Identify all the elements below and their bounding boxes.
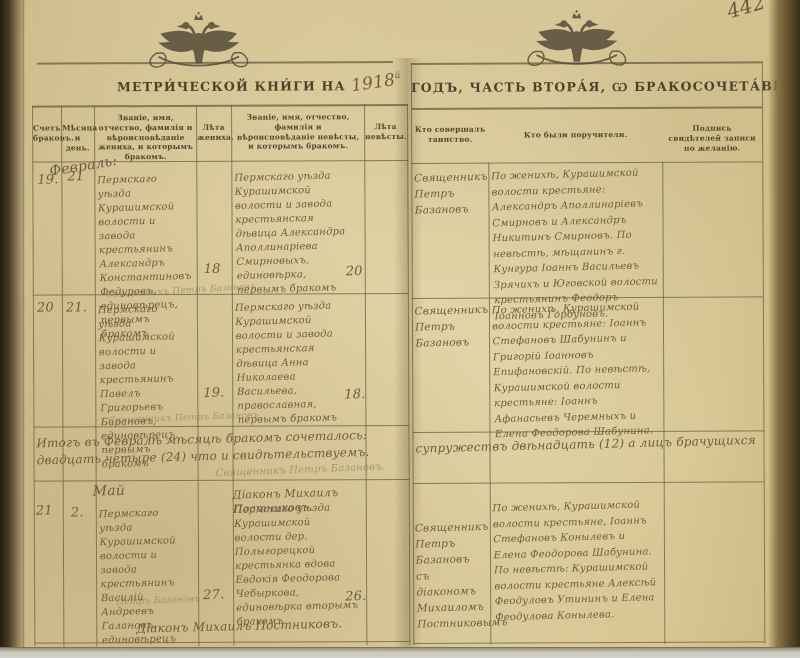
book-title-right: ГОДЪ, ЧАСТЬ ВТОРА́Я, Ѡ БРАКОСОЧЕТА́ВШИХС… [411, 78, 762, 96]
row19-officiant: Священникъ Петръ Базановъ [414, 169, 485, 219]
grid-line [407, 104, 410, 645]
row19-guarantors: По женихѣ, Курашимской волости крестьяне… [491, 165, 658, 299]
row21-guarantors: По женихѣ, Курашимской волости крестьяне… [492, 497, 661, 641]
imperial-eagle-right-icon [522, 9, 632, 73]
grid-line [61, 105, 64, 646]
row19-number: 19. [37, 173, 59, 187]
row21-number: 21 [36, 504, 53, 517]
row20-day: 21. [66, 301, 88, 315]
imperial-eagle-left-icon [144, 11, 254, 75]
row19-bride: Пермскаго уѣзда Курашимской волости и за… [234, 169, 358, 284]
grid-line [34, 641, 410, 644]
row20-groom-age: 19. [203, 387, 225, 401]
grid-line [196, 105, 199, 646]
header-groom-age: Лѣта жениха. [197, 123, 230, 143]
grid-line [411, 106, 762, 110]
row21-day: 2. [71, 506, 84, 519]
header-count: Счетъ браковъ. [33, 123, 60, 143]
header-date: Мѣсяца и день. [62, 123, 93, 152]
grid-line [413, 481, 764, 484]
row21-bride: Пермскаго уѣзда Курашимской волости дер.… [234, 501, 359, 612]
row20-guarantors: По женихѣ, Курашимской волости крестьяне… [492, 299, 659, 428]
month-label-may: Май [93, 484, 126, 499]
title-suffix: ГОДЪ, ЧАСТЬ ВТОРА́Я, Ѡ БРАКОСОЧЕТА́ВШИХС… [411, 78, 800, 95]
row19-groom: Пермскаго уѣзда Курашимской волости и за… [97, 172, 195, 286]
grid-line [411, 161, 762, 164]
row20-bride-age: 18. [344, 388, 366, 402]
page-number: 442 [725, 0, 766, 19]
summary-right: супружествъ двѣнадцать (12) а лицъ брачу… [415, 433, 760, 456]
grid-line [488, 163, 491, 645]
row21-groom-age: 27. [203, 589, 225, 603]
grid-line [32, 104, 408, 108]
grid-line [364, 104, 367, 645]
deacon-note-bottom: Діаконъ Михаилъ Постниковъ. [136, 616, 376, 636]
book-title-left: МЕТРИ́ЧЕСКОЙ КНИ́ГИ НА [117, 78, 347, 94]
header-bride-age: Лѣта невѣсты. [365, 122, 406, 142]
row21-officiant: Священникъ Петръ Базановъ съ діакономъ М… [415, 519, 488, 633]
grid-line [413, 641, 764, 644]
row21-bride-age: 26. [345, 590, 367, 604]
banner-right-line [762, 61, 766, 643]
header-officiant: Кто совершалъ таинство. [414, 125, 486, 145]
header-guarantors: Кто были поручители. [499, 130, 652, 140]
title-prefix: МЕТРИ́ЧЕСКОЙ КНИ́ГИ НА [117, 78, 346, 94]
title-year: 1918й [350, 69, 402, 94]
row19-groom-age: 18 [204, 263, 221, 276]
grid-line [32, 106, 35, 647]
row20-bride: Пермскаго уѣзда Курашимской волости и за… [235, 299, 359, 410]
title-year-number: 1918 [350, 70, 396, 96]
row20-officiant: Священникъ Петръ Базановъ [414, 302, 485, 352]
title-year-suffix: й [394, 71, 401, 82]
header-bride: Званіе, имя, отчество, фамилія и вѣроисп… [235, 112, 361, 152]
banner-left-line [411, 63, 415, 645]
row20-number: 20 [37, 301, 54, 314]
grid-line [662, 162, 665, 644]
header-signature: Подпись свидѣтелей записи по желанію. [667, 123, 757, 153]
row19-bride-age: 20 [346, 265, 363, 278]
row20-groom: Пермскаго уѣзда Курашимской волости и за… [98, 302, 196, 412]
scanned-register-page: 442 [0, 0, 800, 658]
row19-day: 21 [67, 170, 84, 183]
